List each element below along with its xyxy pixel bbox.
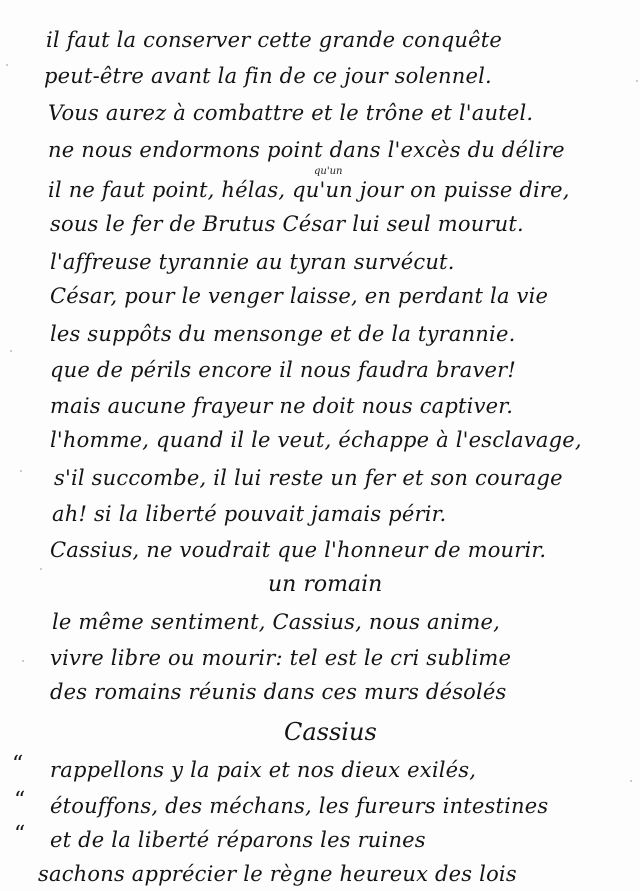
manuscript-line-9: les suppôts du mensonge et de la tyranni… <box>50 322 515 346</box>
manuscript-line-4: ne nous endormons point dans l'excès du … <box>48 138 565 162</box>
speech-cassius-line-3: et de la liberté réparons les ruines <box>50 828 426 852</box>
manuscript-line-8: César, pour le venger laisse, en perdant… <box>50 284 548 308</box>
manuscript-line-12: l'homme, quand il le veut, échappe à l'e… <box>50 428 582 452</box>
scan-artifact <box>630 780 632 782</box>
manuscript-page: il faut la conserver cette grande conquê… <box>0 0 640 891</box>
manuscript-line-14: ah! si la liberté pouvait jamais périr. <box>52 502 446 526</box>
scan-artifact <box>20 470 22 472</box>
manuscript-line-13: s'il succombe, il lui reste un fer et so… <box>54 466 563 490</box>
manuscript-line-5: il ne faut point, hélas, qu'un jour on p… <box>48 178 570 202</box>
speech-romain-line-2: vivre libre ou mourir: tel est le cri su… <box>50 646 511 670</box>
speech-cassius-line-2: étouffons, des méchans, les fureurs inte… <box>50 794 548 818</box>
manuscript-line-6: sous le fer de Brutus César lui seul mou… <box>50 212 524 236</box>
speech-cassius-line-1: rappellons y la paix et nos dieux exilés… <box>50 758 476 782</box>
scan-artifact <box>636 80 638 82</box>
quotation-mark: “ <box>14 822 25 847</box>
scan-artifact <box>10 350 12 352</box>
scan-artifact <box>6 64 8 66</box>
manuscript-line-7: l'affreuse tyrannie au tyran survécut. <box>50 250 455 274</box>
interlinear-correction: qu'un <box>314 166 342 177</box>
quotation-mark: “ <box>14 788 25 813</box>
speech-romain-line-3: des romains réunis dans ces murs désolés <box>50 680 507 704</box>
quotation-mark: “ <box>12 752 23 777</box>
speaker-heading-un-romain: un romain <box>268 572 382 597</box>
manuscript-line-10: que de périls encore il nous faudra brav… <box>50 358 516 382</box>
manuscript-line-3: Vous aurez à combattre et le trône et l'… <box>48 101 533 125</box>
speech-romain-line-1: le même sentiment, Cassius, nous anime, <box>52 610 500 634</box>
speech-cassius-line-4: sachons apprécier le règne heureux des l… <box>38 862 517 886</box>
scan-artifact <box>40 568 42 570</box>
manuscript-line-1: il faut la conserver cette grande conquê… <box>46 28 502 52</box>
manuscript-line-2: peut-être avant la fin de ce jour solenn… <box>44 64 492 88</box>
manuscript-line-15: Cassius, ne voudrait que l'honneur de mo… <box>50 538 546 562</box>
manuscript-line-11: mais aucune frayeur ne doit nous captive… <box>50 394 513 418</box>
scan-artifact <box>22 660 24 662</box>
speaker-heading-cassius: Cassius <box>284 718 377 746</box>
